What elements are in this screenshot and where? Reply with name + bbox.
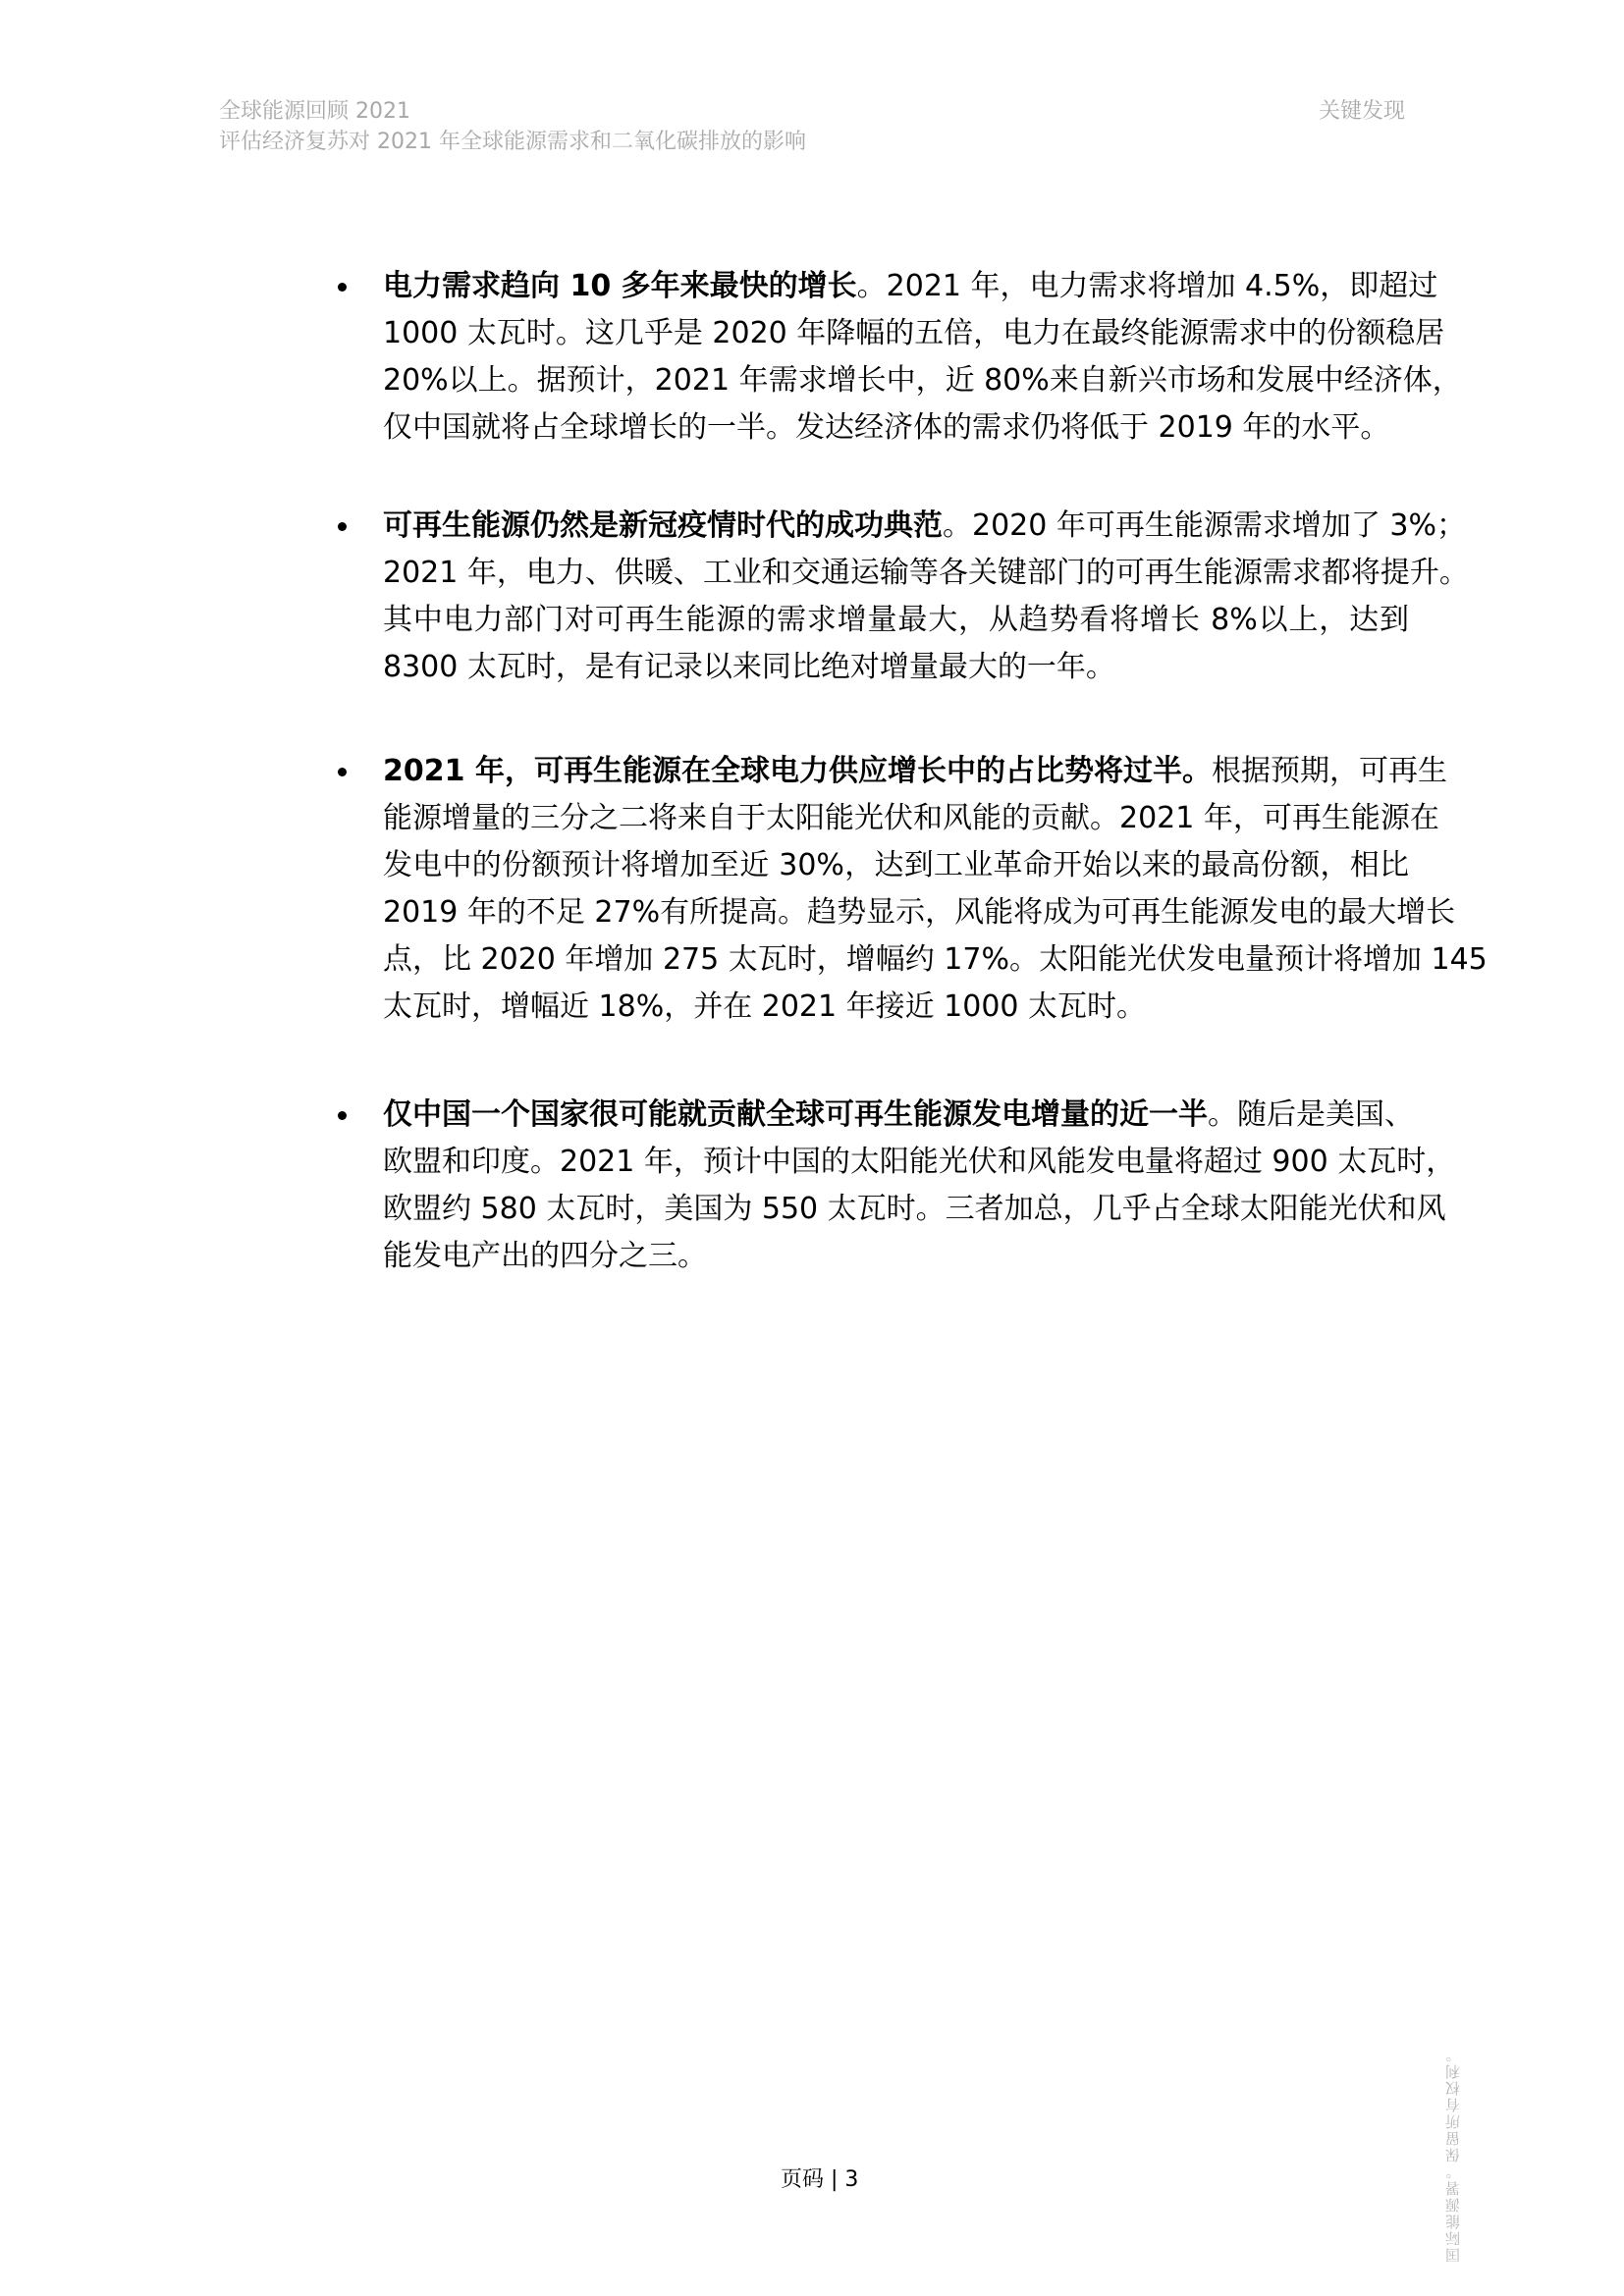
bullet-dot-icon <box>338 283 347 292</box>
finding-text: 2021 年，可再生能源在全球电力供应增长中的占比势将过半。根据预期，可再生能源… <box>383 748 1414 1031</box>
bullet-dot-icon <box>338 1111 347 1120</box>
bold-lead-text: 2021 年，可再生能源在全球电力供应增长中的占比势将过半。 <box>383 754 1212 788</box>
text-line: 20%以上。据预计，2021 年需求增长中，近 80%来自新兴市场和发展中经济体… <box>383 357 1409 404</box>
text-line: 欧盟和印度。2021 年，预计中国的太阳能光伏和风能发电量将超过 900 太瓦时… <box>383 1139 1409 1186</box>
body-text: 能发电产出的四分之三。 <box>383 1239 707 1273</box>
bold-lead-text: 可再生能源仍然是新冠疫情时代的成功典范 <box>383 508 943 543</box>
text-line: 发电中的份额预计将增加至近 30%，达到工业革命开始以来的最高份额，相比 <box>383 842 1409 889</box>
body-text: 1000 太瓦时。这几乎是 2020 年降幅的五倍，电力在最终能源需求中的份额稳… <box>383 316 1444 350</box>
body-text: 2019 年的不足 27%有所提高。趋势显示，风能将成为可再生能源发电的最大增长 <box>383 895 1455 930</box>
text-line: 其中电力部门对可再生能源的需求增量最大，从趋势看将增长 8%以上，达到 <box>383 597 1409 644</box>
text-line: 仅中国就将占全球增长的一半。发达经济体的需求仍将低于 2019 年的水平。 <box>383 404 1409 452</box>
text-line: 2021 年，电力、供暖、工业和交通运输等各关键部门的可再生能源需求都将提升。 <box>383 550 1409 597</box>
finding-item: 仅中国一个国家很可能就贡献全球可再生能源发电增量的近一半。随后是美国、欧盟和印度… <box>324 1092 1414 1280</box>
finding-item: 可再生能源仍然是新冠疫情时代的成功典范。2020 年可再生能源需求增加了 3%；… <box>324 503 1414 691</box>
text-line: 可再生能源仍然是新冠疫情时代的成功典范。2020 年可再生能源需求增加了 3%； <box>383 503 1409 550</box>
body-text: 太瓦时，增幅近 18%，并在 2021 年接近 1000 太瓦时。 <box>383 989 1146 1024</box>
finding-text: 仅中国一个国家很可能就贡献全球可再生能源发电增量的近一半。随后是美国、欧盟和印度… <box>383 1092 1414 1280</box>
body-text: 2021 年，电力、供暖、工业和交通运输等各关键部门的可再生能源需求都将提升。 <box>383 556 1469 590</box>
text-line: 8300 太瓦时，是有记录以来同比绝对增量最大的一年。 <box>383 644 1409 691</box>
body-text: 仅中国就将占全球增长的一半。发达经济体的需求仍将低于 2019 年的水平。 <box>383 410 1389 445</box>
text-line: 点，比 2020 年增加 275 太瓦时，增幅约 17%。太阳能光伏发电量预计将… <box>383 936 1409 984</box>
body-text: 其中电力部门对可再生能源的需求增量最大，从趋势看将增长 8%以上，达到 <box>383 603 1409 637</box>
text-line: 能发电产出的四分之三。 <box>383 1233 1409 1280</box>
report-title: 全球能源回顾 2021 <box>219 96 806 127</box>
bold-lead-text: 电力需求趋向 10 多年来最快的增长 <box>383 269 857 303</box>
report-subtitle: 评估经济复苏对 2021 年全球能源需求和二氧化碳排放的影响 <box>219 127 806 157</box>
body-text: 根据预期，可再生 <box>1212 754 1447 788</box>
text-line: 2019 年的不足 27%有所提高。趋势显示，风能将成为可再生能源发电的最大增长 <box>383 889 1409 936</box>
text-line: 2021 年，可再生能源在全球电力供应增长中的占比势将过半。根据预期，可再生 <box>383 748 1409 795</box>
body-text: 。2020 年可再生能源需求增加了 3%； <box>943 508 1466 543</box>
page-number: 页码 | 3 <box>781 2165 858 2195</box>
body-text: 能源增量的三分之二将来自于太阳能光伏和风能的贡献。2021 年，可再生能源在 <box>383 801 1439 835</box>
text-line: 太瓦时，增幅近 18%，并在 2021 年接近 1000 太瓦时。 <box>383 984 1409 1031</box>
finding-text: 可再生能源仍然是新冠疫情时代的成功典范。2020 年可再生能源需求增加了 3%；… <box>383 503 1414 691</box>
bold-lead-text: 仅中国一个国家很可能就贡献全球可再生能源发电增量的近一半 <box>383 1097 1208 1132</box>
finding-text: 电力需求趋向 10 多年来最快的增长。2021 年，电力需求将增加 4.5%，即… <box>383 263 1414 452</box>
text-line: 电力需求趋向 10 多年来最快的增长。2021 年，电力需求将增加 4.5%，即… <box>383 263 1409 310</box>
body-text: 。随后是美国、 <box>1208 1097 1414 1132</box>
body-text: 欧盟和印度。2021 年，预计中国的太阳能光伏和风能发电量将超过 900 太瓦时… <box>383 1145 1455 1179</box>
body-text: 8300 太瓦时，是有记录以来同比绝对增量最大的一年。 <box>383 650 1115 684</box>
body-text: 发电中的份额预计将增加至近 30%，达到工业革命开始以来的最高份额，相比 <box>383 848 1409 882</box>
finding-item: 电力需求趋向 10 多年来最快的增长。2021 年，电力需求将增加 4.5%，即… <box>324 263 1414 452</box>
text-line: 仅中国一个国家很可能就贡献全球可再生能源发电增量的近一半。随后是美国、 <box>383 1092 1409 1139</box>
text-line: 欧盟约 580 太瓦时，美国为 550 太瓦时。三者加总，几乎占全球太阳能光伏和… <box>383 1186 1409 1233</box>
finding-item: 2021 年，可再生能源在全球电力供应增长中的占比势将过半。根据预期，可再生能源… <box>324 748 1414 1031</box>
body-text: 欧盟约 580 太瓦时，美国为 550 太瓦时。三者加总，几乎占全球太阳能光伏和… <box>383 1192 1446 1226</box>
text-line: 1000 太瓦时。这几乎是 2020 年降幅的五倍，电力在最终能源需求中的份额稳… <box>383 310 1409 357</box>
running-header: 全球能源回顾 2021 评估经济复苏对 2021 年全球能源需求和二氧化碳排放的… <box>219 96 806 157</box>
section-title: 关键发现 <box>1319 96 1405 127</box>
bullet-dot-icon <box>338 768 347 776</box>
key-findings-list: 电力需求趋向 10 多年来最快的增长。2021 年，电力需求将增加 4.5%，即… <box>324 263 1414 1280</box>
text-line: 能源增量的三分之二将来自于太阳能光伏和风能的贡献。2021 年，可再生能源在 <box>383 795 1409 842</box>
body-text: 点，比 2020 年增加 275 太瓦时，增幅约 17%。太阳能光伏发电量预计将… <box>383 942 1488 977</box>
copyright-watermark: 国际能源署。保留所有权利。 <box>1443 2086 1463 2263</box>
body-text: 20%以上。据预计，2021 年需求增长中，近 80%来自新兴市场和发展中经济体… <box>383 363 1462 398</box>
bullet-dot-icon <box>338 522 347 531</box>
body-text: 。2021 年，电力需求将增加 4.5%，即超过 <box>857 269 1438 303</box>
